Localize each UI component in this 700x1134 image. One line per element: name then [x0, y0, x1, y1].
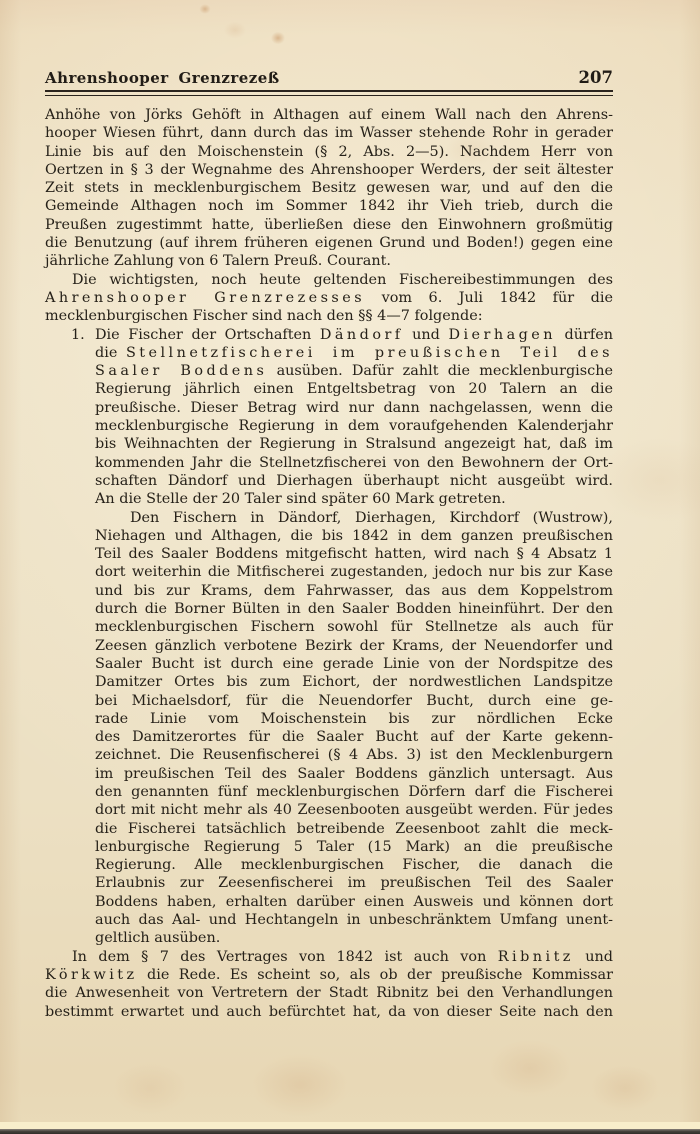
text-line: Boddens haben, erhalten darüber einen Au… — [95, 893, 613, 911]
text-line: des Damitzerortes für die Saaler Bucht a… — [95, 728, 613, 746]
text-line: An die Stelle der 20 Taler sind später 6… — [95, 490, 613, 508]
header-title: Ahrenshooper Grenzrezeß — [45, 69, 280, 87]
page-body: Anhöhe von Jörks Gehöft in Althagen auf … — [45, 106, 613, 1021]
text-line: bis Weihnachten der Regierung in Stralsu… — [95, 435, 613, 453]
text-line: bei Michaelsdorf, für die Neuendorfer Bu… — [95, 692, 613, 710]
letter-spaced-text: Saaler Boddens — [95, 363, 267, 379]
book-page-scan: Ahrenshooper Grenzrezeß 207 Anhöhe von J… — [0, 0, 700, 1134]
header-double-rule — [45, 90, 613, 96]
text-line: schaften Dändorf und Dierhagen überhaupt… — [95, 472, 613, 490]
text-line: dort mit nicht mehr als 40 Zeesenbooten … — [95, 801, 613, 819]
text-line: die Fischerei tatsächlich betreibende Ze… — [95, 820, 613, 838]
paragraph-intro-continuation: Anhöhe von Jörks Gehöft in Althagen auf … — [45, 106, 613, 271]
text-line: Erlaubnis zur Zeesenfischerei im preußis… — [95, 874, 613, 892]
scan-bottom-edge-dark — [0, 1129, 700, 1134]
text-line: dort weiterhin die Mitfischerei zugestan… — [95, 563, 613, 581]
text-line: preußische. Dieser Betrag wird nur dann … — [95, 399, 613, 417]
letter-spaced-text: Dierhagen — [448, 327, 555, 343]
text-line: rade Linie vom Moischenstein bis zur nör… — [95, 710, 613, 728]
letter-spaced-text: Körkwitz — [45, 967, 138, 983]
text-line: Regierung. Alle mecklenburgischen Fische… — [95, 856, 613, 874]
text-line: Linie bis auf den Moischenstein (§ 2, Ab… — [45, 143, 613, 161]
text-line: Zeesen gänzlich verbotene Bezirk der Kra… — [95, 637, 613, 655]
text-line: die Stellnetzfischerei im preußischen Te… — [95, 344, 613, 362]
letter-spaced-text: Dändorf — [320, 327, 404, 343]
text-line: Saaler Boddens ausüben. Dafür zahlt die … — [95, 362, 613, 380]
text-line: jährliche Zahlung von 6 Talern Preuß. Co… — [45, 252, 613, 270]
page-number: 207 — [579, 68, 613, 87]
text-line: lenburgische Regierung 5 Taler (15 Mark)… — [95, 838, 613, 856]
text-line: und bis zur Krams, dem Fahrwasser, das a… — [95, 582, 613, 600]
text-line: mecklenburgischen Fischer sind nach den … — [45, 307, 613, 325]
text-line: Regierung jährlich einen Entgeltsbetrag … — [95, 380, 613, 398]
text-line: Preußen zugestimmt hatte, überließen die… — [45, 216, 613, 234]
text-line: Damitzer Ortes bis zum Eichort, der nord… — [95, 673, 613, 691]
text-line: die Benutzung (auf ihrem früheren eigene… — [45, 234, 613, 252]
text-line: auch das Aal- und Hechtangeln in unbesch… — [95, 911, 613, 929]
paragraph-ribnitz: In dem § 7 des Vertrages von 1842 ist au… — [45, 948, 613, 1021]
list-item-1: 1.Die Fischer der Ortschaften Dändorf un… — [95, 326, 613, 509]
text-line: Niehagen und Althagen, die bis 1842 in d… — [95, 527, 613, 545]
text-line: im preußischen Teil des Saaler Boddens g… — [95, 765, 613, 783]
letter-spaced-text: Ribnitz — [498, 949, 574, 965]
text-line: die Anwesenheit von Vertretern der Stadt… — [45, 984, 613, 1002]
text-line: bestimmt erwartet und auch befürchtet ha… — [45, 1003, 613, 1021]
text-line: Körkwitz die Rede. Es scheint so, als ob… — [45, 966, 613, 984]
text-line: zeichnet. Die Reusenfischerei (§ 4 Abs. … — [95, 746, 613, 764]
text-line: mecklenburgischen Fischern sowohl für St… — [95, 618, 613, 636]
text-line: Zeit stets in mecklenburgischem Besitz g… — [45, 179, 613, 197]
text-line: Teil des Saaler Boddens mitgefischt hatt… — [95, 545, 613, 563]
text-line: den genannten fünf mecklenburgischen Dör… — [95, 783, 613, 801]
running-header: Ahrenshooper Grenzrezeß 207 — [45, 68, 613, 87]
list-item-1-paragraph-2: Den Fischern in Dändorf, Dierhagen, Kirc… — [95, 509, 613, 948]
text-line: durch die Borner Bülten in den Saaler Bo… — [95, 600, 613, 618]
text-line: Den Fischern in Dändorf, Dierhagen, Kirc… — [95, 509, 613, 527]
text-line: hooper Wiesen führt, dann durch das im W… — [45, 124, 613, 142]
text-line: Gemeinde Althagen noch im Sommer 1842 ih… — [45, 197, 613, 215]
paragraph-fischereibestimmungen: Die wichtigsten, noch heute geltenden Fi… — [45, 271, 613, 326]
text-line: Ahrenshooper Grenzrezesses vom 6. Juli 1… — [45, 289, 613, 307]
text-line: kommenden Jahr die Stellnetzfischerei vo… — [95, 454, 613, 472]
letter-spaced-text: Stellnetzfischerei im preußischen Teil d… — [126, 345, 613, 361]
text-line: Die Fischer der Ortschaften Dändorf und … — [95, 326, 613, 344]
text-line: mecklenburgische Regierung in dem vorauf… — [95, 417, 613, 435]
text-line: In dem § 7 des Vertrages von 1842 ist au… — [45, 948, 613, 966]
scan-bottom-edge-light — [0, 1122, 700, 1129]
text-line: Die wichtigsten, noch heute geltenden Fi… — [45, 271, 613, 289]
text-line: Saaler Bucht ist durch eine gerade Linie… — [95, 655, 613, 673]
list-item-number: 1. — [71, 326, 85, 344]
letter-spaced-text: Ahrenshooper Grenzrezesses — [45, 290, 365, 306]
text-line: Oertzen in § 3 der Wegnahme des Ahrensho… — [45, 161, 613, 179]
text-line: Anhöhe von Jörks Gehöft in Althagen auf … — [45, 106, 613, 124]
text-line: geltlich ausüben. — [95, 929, 613, 947]
